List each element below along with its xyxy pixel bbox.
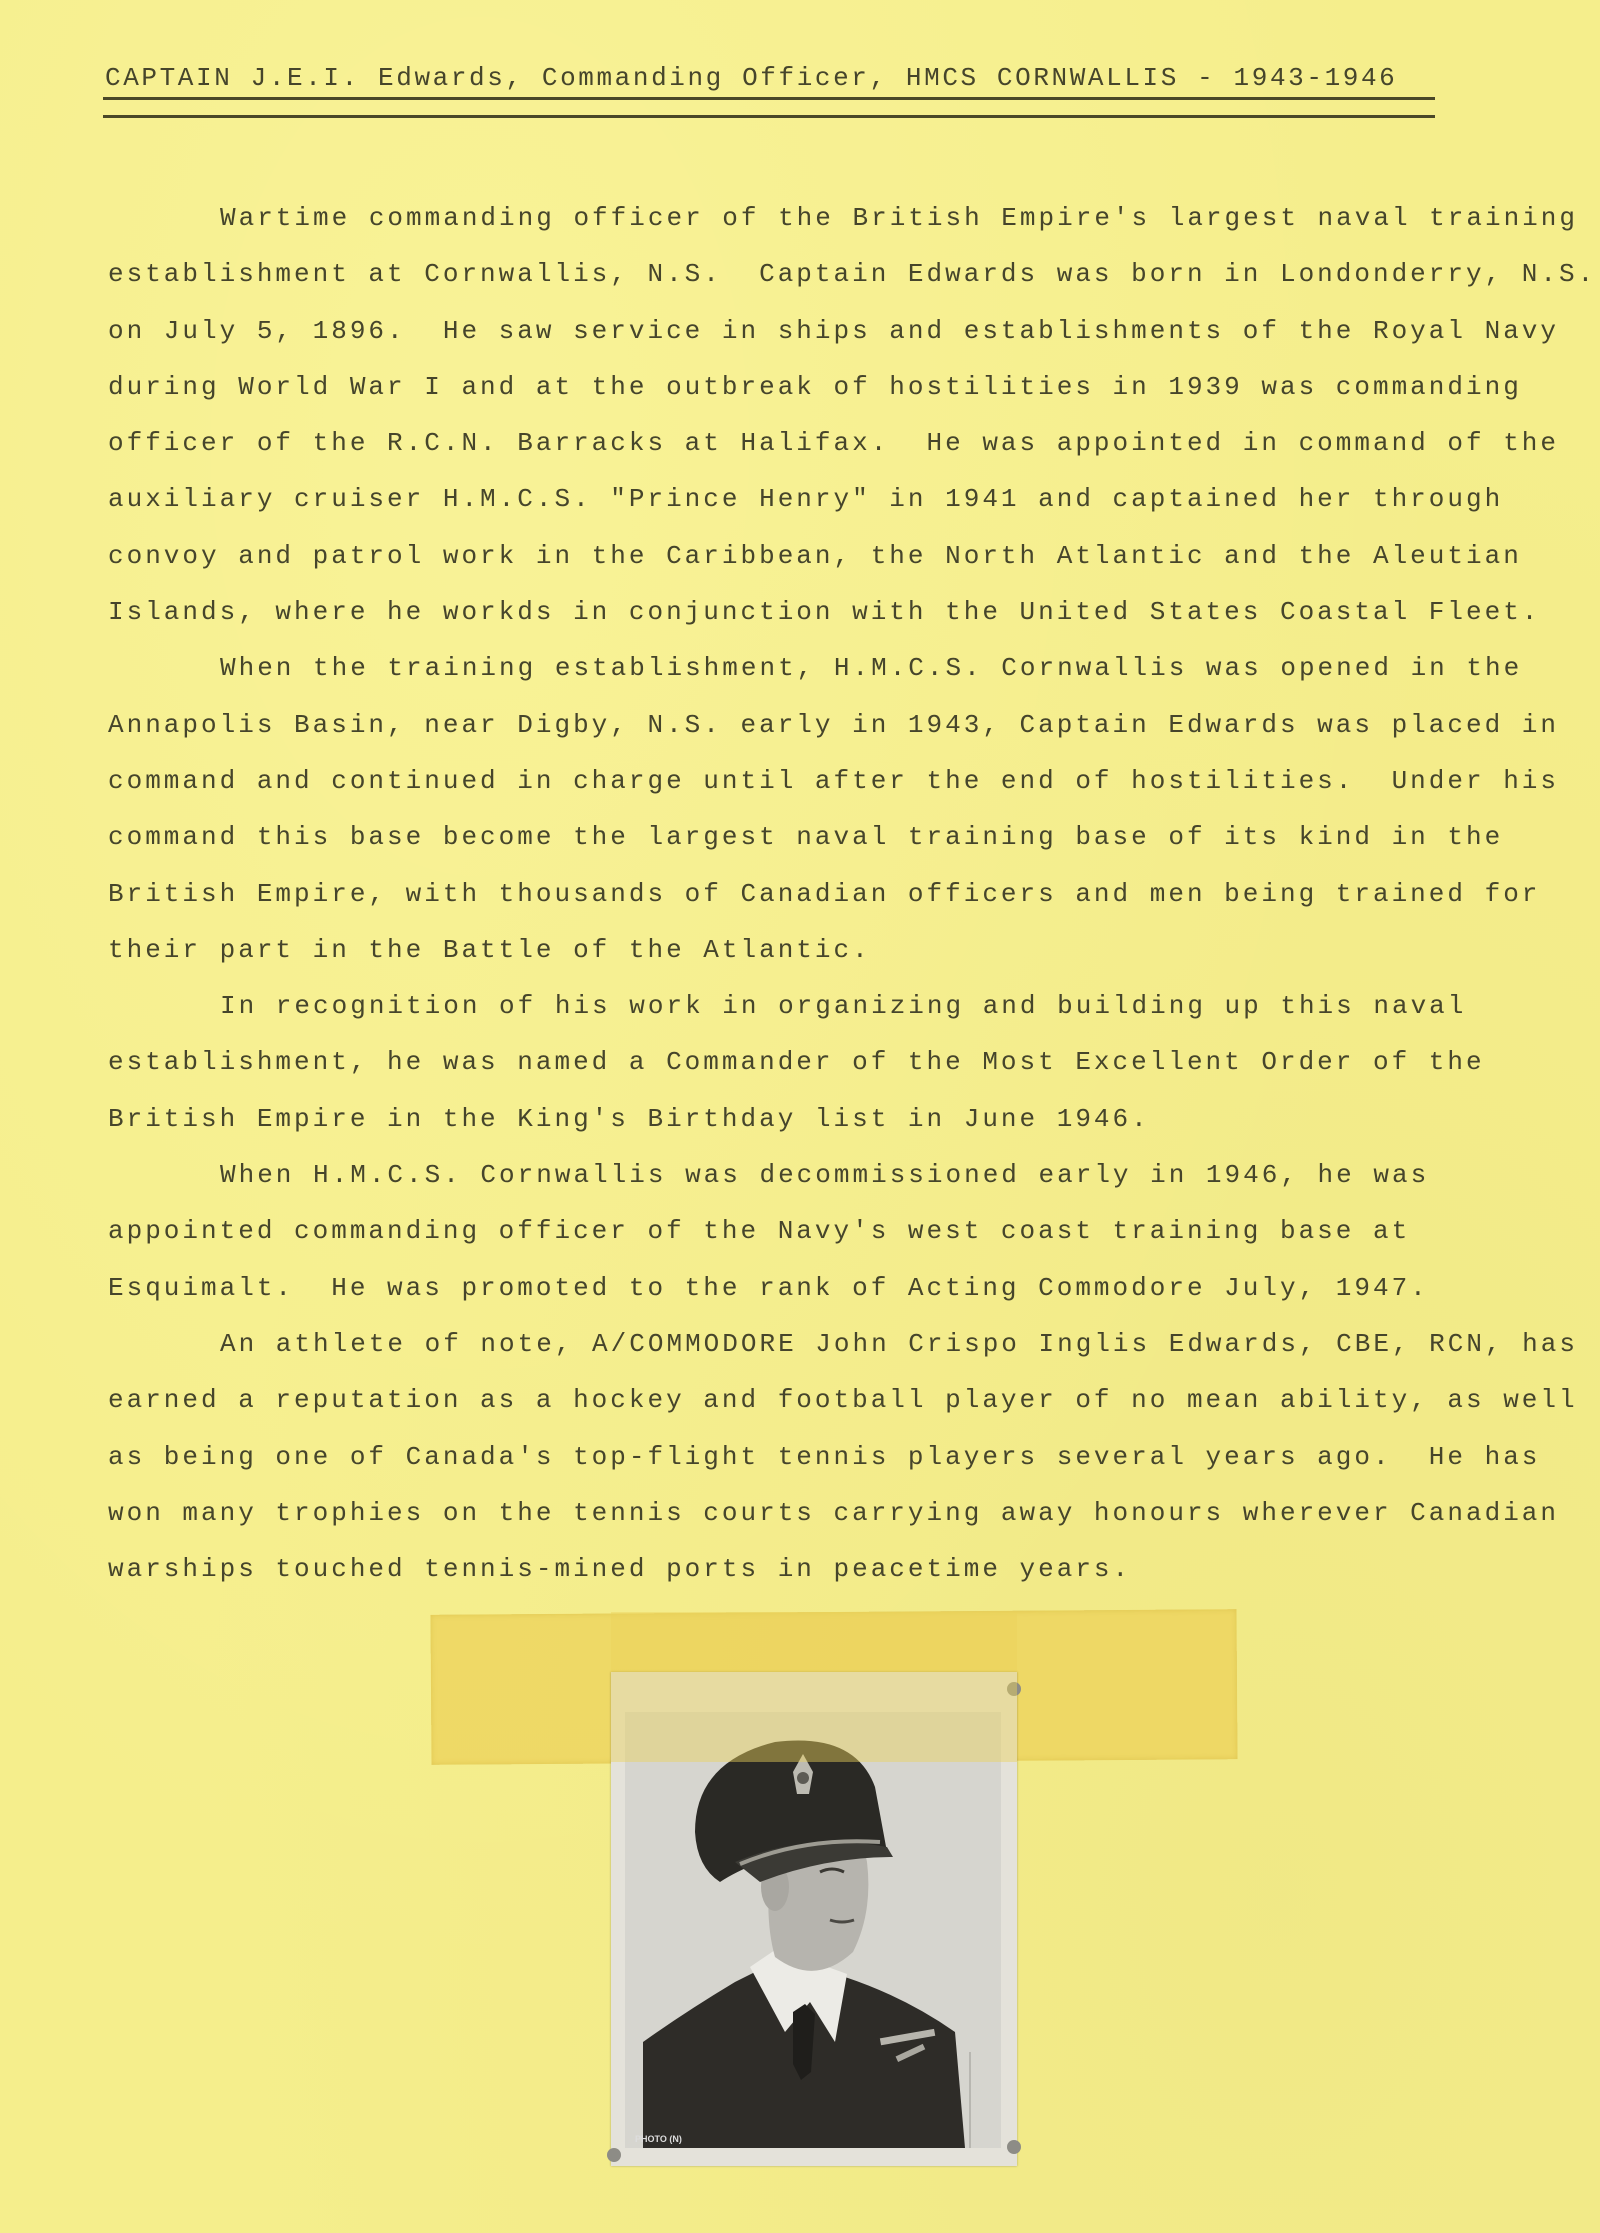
- text-line: their part in the Battle of the Atlantic…: [108, 922, 1596, 978]
- title-double-rule: [103, 115, 1435, 118]
- text-line: command and continued in charge until af…: [108, 753, 1596, 809]
- title-underline: [103, 97, 1435, 100]
- text-line: auxiliary cruiser H.M.C.S. "Prince Henry…: [108, 471, 1596, 527]
- text-line: In recognition of his work in organizing…: [108, 978, 1596, 1034]
- document-title: CAPTAIN J.E.I. Edwards, Commanding Offic…: [105, 62, 1397, 94]
- officer-portrait-illustration: [625, 1712, 1001, 2148]
- photo-image: PHOTO (N): [625, 1712, 1001, 2148]
- photo-credit-label: PHOTO (N): [635, 2134, 682, 2144]
- text-line: An athlete of note, A/COMMODORE John Cri…: [108, 1316, 1596, 1372]
- text-line: Islands, where he workds in conjunction …: [108, 584, 1596, 640]
- text-line: on July 5, 1896. He saw service in ships…: [108, 303, 1596, 359]
- text-line: command this base become the largest nav…: [108, 809, 1596, 865]
- photo-corner-mount: [607, 2148, 621, 2162]
- text-line: When the training establishment, H.M.C.S…: [108, 640, 1596, 696]
- text-line: earned a reputation as a hockey and foot…: [108, 1372, 1596, 1428]
- text-line: Annapolis Basin, near Digby, N.S. early …: [108, 697, 1596, 753]
- text-line: appointed commanding officer of the Navy…: [108, 1203, 1596, 1259]
- photo-corner-mount: [1007, 2140, 1021, 2154]
- text-line: convoy and patrol work in the Caribbean,…: [108, 528, 1596, 584]
- text-line: establishment, he was named a Commander …: [108, 1034, 1596, 1090]
- text-line: establishment at Cornwallis, N.S. Captai…: [108, 246, 1596, 302]
- text-line: warships touched tennis-mined ports in p…: [108, 1541, 1596, 1597]
- text-line: When H.M.C.S. Cornwallis was decommissio…: [108, 1147, 1596, 1203]
- biography-text: Wartime commanding officer of the Britis…: [108, 190, 1596, 1597]
- text-line: during World War I and at the outbreak o…: [108, 359, 1596, 415]
- text-line: Wartime commanding officer of the Britis…: [108, 190, 1596, 246]
- text-line: British Empire in the King's Birthday li…: [108, 1091, 1596, 1147]
- adhesive-tape-overlay: [611, 1612, 1017, 1762]
- text-line: won many trophies on the tennis courts c…: [108, 1485, 1596, 1541]
- text-line: British Empire, with thousands of Canadi…: [108, 866, 1596, 922]
- text-line: Esquimalt. He was promoted to the rank o…: [108, 1260, 1596, 1316]
- text-line: as being one of Canada's top-flight tenn…: [108, 1429, 1596, 1485]
- text-line: officer of the R.C.N. Barracks at Halifa…: [108, 415, 1596, 471]
